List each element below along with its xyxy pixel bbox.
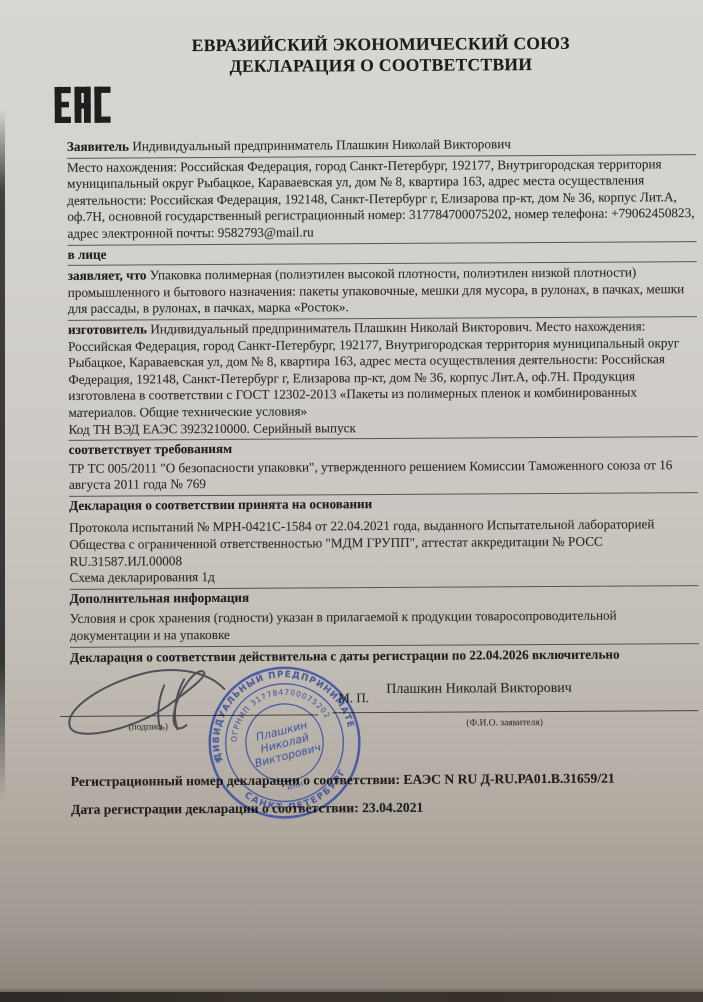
fio-caption: (Ф.И.О. заявителя): [466, 715, 543, 732]
declares-paragraph: заявляет, что Упаковка полимерная (полиэ…: [68, 264, 697, 318]
photo-bottom-edge: [0, 992, 703, 1002]
photographed-document: { "header": { "title_line1": "ЕВРАЗИЙСКИ…: [0, 0, 703, 1002]
applicant-fio: Плашкин Николай Викторович: [386, 681, 572, 699]
document-content: ЕВРАЗИЙСКИЙ ЭКОНОМИЧЕСКИЙ СОЮЗ ДЕКЛАРАЦИ…: [66, 0, 700, 818]
scheme-line: Схема декларирования 1д: [69, 566, 698, 586]
declares-label: заявляет, что: [68, 268, 147, 283]
fio-line: [332, 710, 698, 713]
photo-left-edge: [0, 110, 5, 800]
round-stamp: ИНДИВИДУАЛЬНЫЙ ПРЕДПРИНИМАТЕЛЬ САНКТ-ПЕТ…: [200, 658, 369, 827]
document-title: ЕВРАЗИЙСКИЙ ЭКОНОМИЧЕСКИЙ СОЮЗ ДЕКЛАРАЦИ…: [66, 32, 695, 78]
basis-heading: Декларация о соответствии принята на осн…: [69, 494, 698, 514]
signature-block: (подпись) М. П. Плашкин Николай Викторов…: [70, 666, 700, 770]
registration-number-line: Регистрационный номер декларации о соотв…: [71, 770, 700, 790]
manufacturer-value: Индивидуальный предприниматель Плашкин Н…: [68, 318, 679, 419]
in-person-label: в лице: [67, 243, 696, 263]
requirements-paragraph: ТР ТС 005/2011 "О безопасности упаковки"…: [69, 457, 698, 494]
requirements-heading: соответствует требованиям: [69, 438, 698, 458]
manufacturer-label: изготовитель: [68, 321, 147, 336]
applicant-line: Заявитель Индивидуальный предприниматель…: [67, 135, 696, 155]
basis-paragraph: Протокола испытаний № МРН-0421С-1584 от …: [69, 517, 698, 571]
applicant-label: Заявитель: [67, 139, 129, 154]
registration-date-line: Дата регистрации декларации о соответств…: [71, 798, 700, 818]
eac-mark-icon: [54, 74, 110, 136]
eac-logo: [54, 74, 110, 141]
manufacturer-paragraph: изготовитель Индивидуальный предпринимат…: [68, 318, 698, 421]
additional-info-paragraph: Условия и срок хранения (годности) указа…: [70, 608, 699, 645]
declares-value: Упаковка полимерная (полиэтилен высокой …: [68, 265, 685, 317]
title-line-declaration: ДЕКЛАРАЦИЯ О СООТВЕТСТВИИ: [66, 53, 695, 78]
applicant-value: Индивидуальный предприниматель Плашкин Н…: [132, 136, 511, 153]
location-paragraph: Место нахождения: Российская Федерация, …: [67, 156, 696, 243]
additional-info-heading: Дополнительная информация: [70, 587, 699, 607]
paper-sheet: ЕВРАЗИЙСКИЙ ЭКОНОМИЧЕСКИЙ СОЮЗ ДЕКЛАРАЦИ…: [0, 0, 703, 1002]
tn-ved-line: Код ТН ВЭД ЕАЭС 3923210000. Серийный вып…: [69, 418, 698, 438]
